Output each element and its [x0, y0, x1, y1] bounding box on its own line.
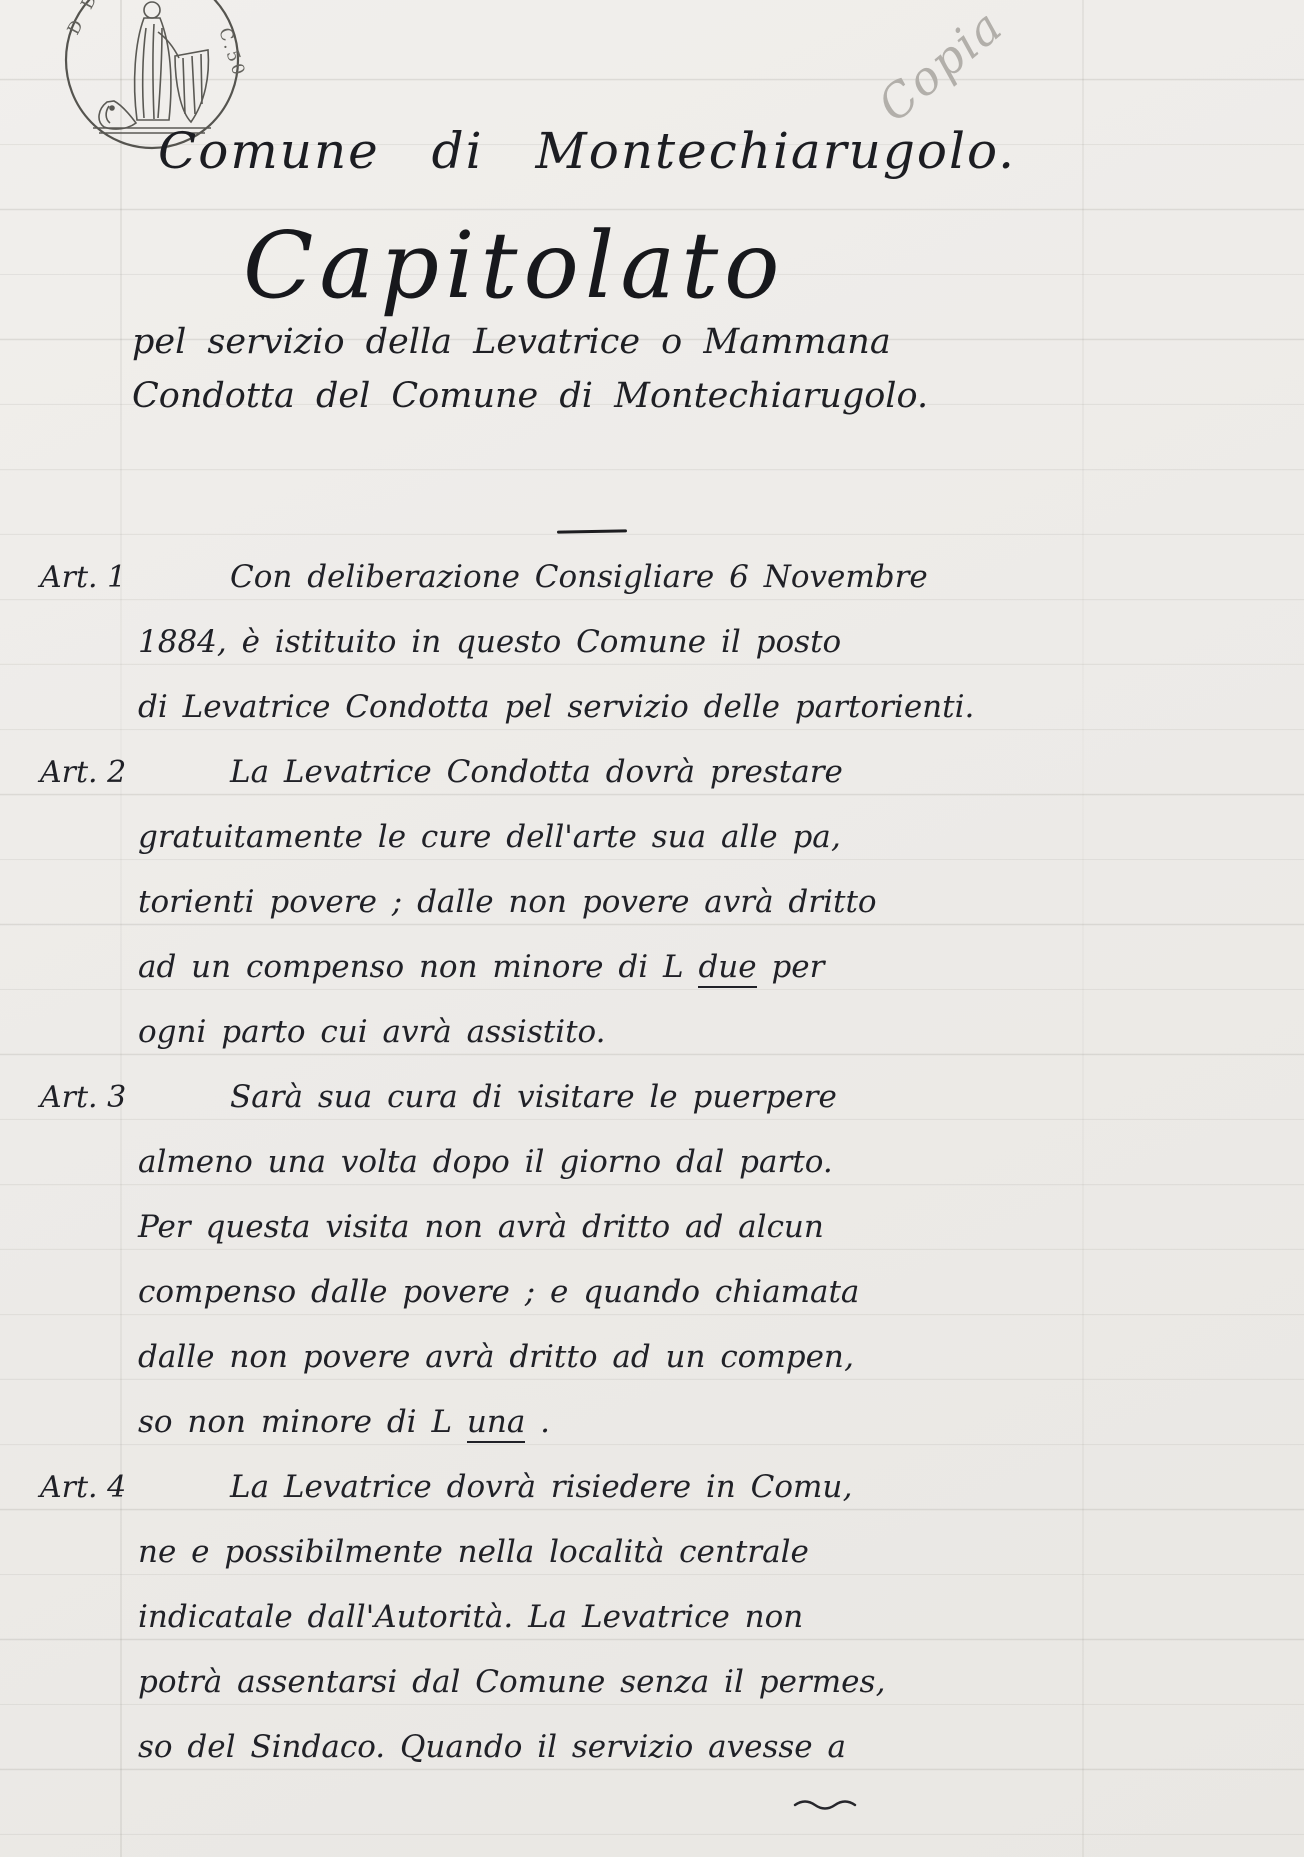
line-text: ad un compenso non minore di L — [138, 949, 698, 985]
line-text: per — [757, 949, 825, 985]
article-2-line: torienti povere ; dalle non povere avrà … — [138, 870, 878, 935]
pen-flourish — [792, 1795, 864, 1811]
article-3-line: Per questa visita non avrà dritto ad alc… — [138, 1195, 878, 1260]
paper-crease-left — [120, 0, 122, 1857]
section-divider — [557, 529, 627, 533]
article-3-line: compenso dalle povere ; e quando chiamat… — [138, 1260, 878, 1325]
main-heading: Capitolato — [243, 212, 786, 319]
article-label-1: Art. 1 — [40, 545, 135, 610]
body-text-column: Con deliberazione Consigliare 6 Novembre… — [138, 545, 878, 1780]
article-3-line: Sarà sua cura di visitare le puerpere — [138, 1065, 878, 1130]
stamp-arc-letters: D D — [64, 0, 104, 38]
article-label-3: Art. 3 — [40, 1065, 135, 1130]
line-text: so non minore di L — [138, 1404, 467, 1440]
article-4-line: so del Sindaco. Quando il servizio avess… — [138, 1715, 878, 1780]
article-label-4: Art. 4 — [40, 1455, 135, 1520]
article-1-line: di Levatrice Condotta pel servizio delle… — [138, 675, 878, 740]
article-2-line: ad un compenso non minore di L due per — [138, 935, 878, 1000]
article-1-line: Con deliberazione Consigliare 6 Novembre — [138, 545, 878, 610]
subtitle-line-2: Condotta del Comune di Montechiarugolo. — [132, 376, 928, 416]
article-4-line: ne e possibilmente nella località centra… — [138, 1520, 878, 1585]
article-3-line: so non minore di L una . — [138, 1390, 878, 1455]
line-text: . — [525, 1404, 550, 1440]
subtitle-line-1: pel servizio della Levatrice o Mammana — [132, 322, 891, 362]
article-3-line: almeno una volta dopo il giorno dal part… — [138, 1130, 878, 1195]
pencil-copia-note: Copia — [868, 0, 1013, 132]
commune-title: Comune di Montechiarugolo. — [158, 122, 1016, 180]
article-4-line: potrà assentarsi dal Comune senza il per… — [138, 1650, 878, 1715]
article-1-line: 1884, è istituito in questo Comune il po… — [138, 610, 878, 675]
underlined-word: due — [698, 949, 756, 988]
article-3-line: dalle non povere avrà dritto ad un compe… — [138, 1325, 878, 1390]
stamp-denomination: C.50 — [214, 25, 249, 80]
article-2-line: ogni parto cui avrà assistito. — [138, 1000, 878, 1065]
article-4-line: indicatale dall'Autorità. La Levatrice n… — [138, 1585, 878, 1650]
article-label-2: Art. 2 — [40, 740, 135, 805]
article-4-line: La Levatrice dovrà risiedere in Comu‚ — [138, 1455, 878, 1520]
underlined-word: una — [467, 1404, 525, 1443]
article-2-line: La Levatrice Condotta dovrà prestare — [138, 740, 878, 805]
paper-crease-right — [1082, 0, 1084, 1857]
article-2-line: gratuitamente le cure dell'arte sua alle… — [138, 805, 878, 870]
manuscript-page: D D C.50 Copia Comune di Montechiarugolo… — [0, 0, 1304, 1857]
